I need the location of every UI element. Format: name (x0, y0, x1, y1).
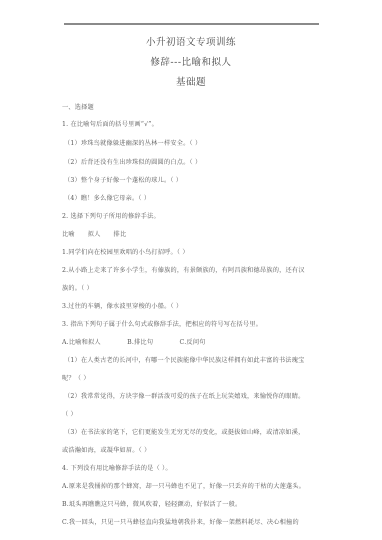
q3-item: （2）我常常觉得，方块字像一群活泼可爱的孩子在纸上玩笑嬉戏，来愉悦你的眼睛。 (64, 391, 304, 400)
doc-subtitle: 修辞---比喻和拟人 (0, 54, 382, 68)
q3-options: A.比喻和拟人 B.排比句 C.反问句 (62, 337, 206, 346)
q4-option: A.原来是我捅掉的那个蜂窝，却一只马蜂也不见了，好像一只丢弃的干枯的大莲蓬头。 (62, 481, 305, 490)
q3-item: 或浩瀚如海，或凝华如眉。（ ） (62, 445, 151, 454)
q3-item: （1）在人类古老的长河中，有哪一个民族能像中华民族这样拥有如此丰富的书法瑰宝 (64, 355, 304, 364)
q2-item: 2.从小路上走来了许多小学生，有傣族的，有景颇族的，有阿昌族和德昂族的，还有汉 (62, 265, 305, 274)
q2-item: 族的。（ ） (62, 283, 93, 292)
doc-level: 基础题 (0, 74, 382, 88)
q1-item: （3）整个身子好像一个蓬松的球儿。（ ） (64, 175, 182, 184)
header-rule (64, 23, 319, 25)
q4-option: B.坻头再瞧瞧这只马蜂，微风吹着，轻轻颤动，好似活了一般。 (62, 499, 241, 508)
doc-title: 小升初语文专项训练 (0, 34, 382, 48)
q4-prompt: 4. 下列没有用比喻修辞手法的是（ ）。 (62, 463, 172, 472)
section-heading: 一、选择题 (62, 102, 94, 111)
q3-option-a: A.比喻和拟人 (62, 339, 101, 346)
q3-prompt: 3. 指出下列句子属于什么句式或修辞手法，把相应的符号写在括号里。 (62, 319, 262, 328)
q3-option-b: B.排比句 (127, 339, 153, 346)
q1-item: （4）瞧！多么像它母亲。（ ） (64, 193, 150, 202)
q2-options: 比喻 拟人 排比 (62, 229, 126, 238)
q2-item: 3.过往的车辆，像水波里穿梭的小船。（ ） (62, 301, 182, 310)
q2-item: 1.同学们向在校园里欢唱的小鸟打招呼。（ ） (62, 247, 189, 256)
q3-item: （3）在书法家的笔下，它们更能发生无穷无尽的变化，或挺拔如山峰，或清凉如溪， (64, 427, 304, 436)
q4-option: C.我一回头，只见一只马蜂径直向我猛地朝我扑来，好像一架燃料耗尽、决心相撞的 (62, 517, 299, 526)
q1-item: （1）珍珠鸟就像躲进幽深的丛林一样安全。（ ） (64, 138, 201, 147)
q3-option-c: C.反问句 (180, 339, 206, 346)
q3-item: （ ） (62, 409, 77, 418)
q2-prompt: 2. 选择下列句子所用的修辞手法。 (62, 211, 160, 220)
q1-item: （2）后背还没有生出珍珠似的圆圆的白点。（ ） (64, 157, 201, 166)
q3-item: 呢？（ ） (62, 373, 90, 382)
q1-prompt: 1. 在比喻句后面的括号里画“√”。 (62, 119, 158, 128)
